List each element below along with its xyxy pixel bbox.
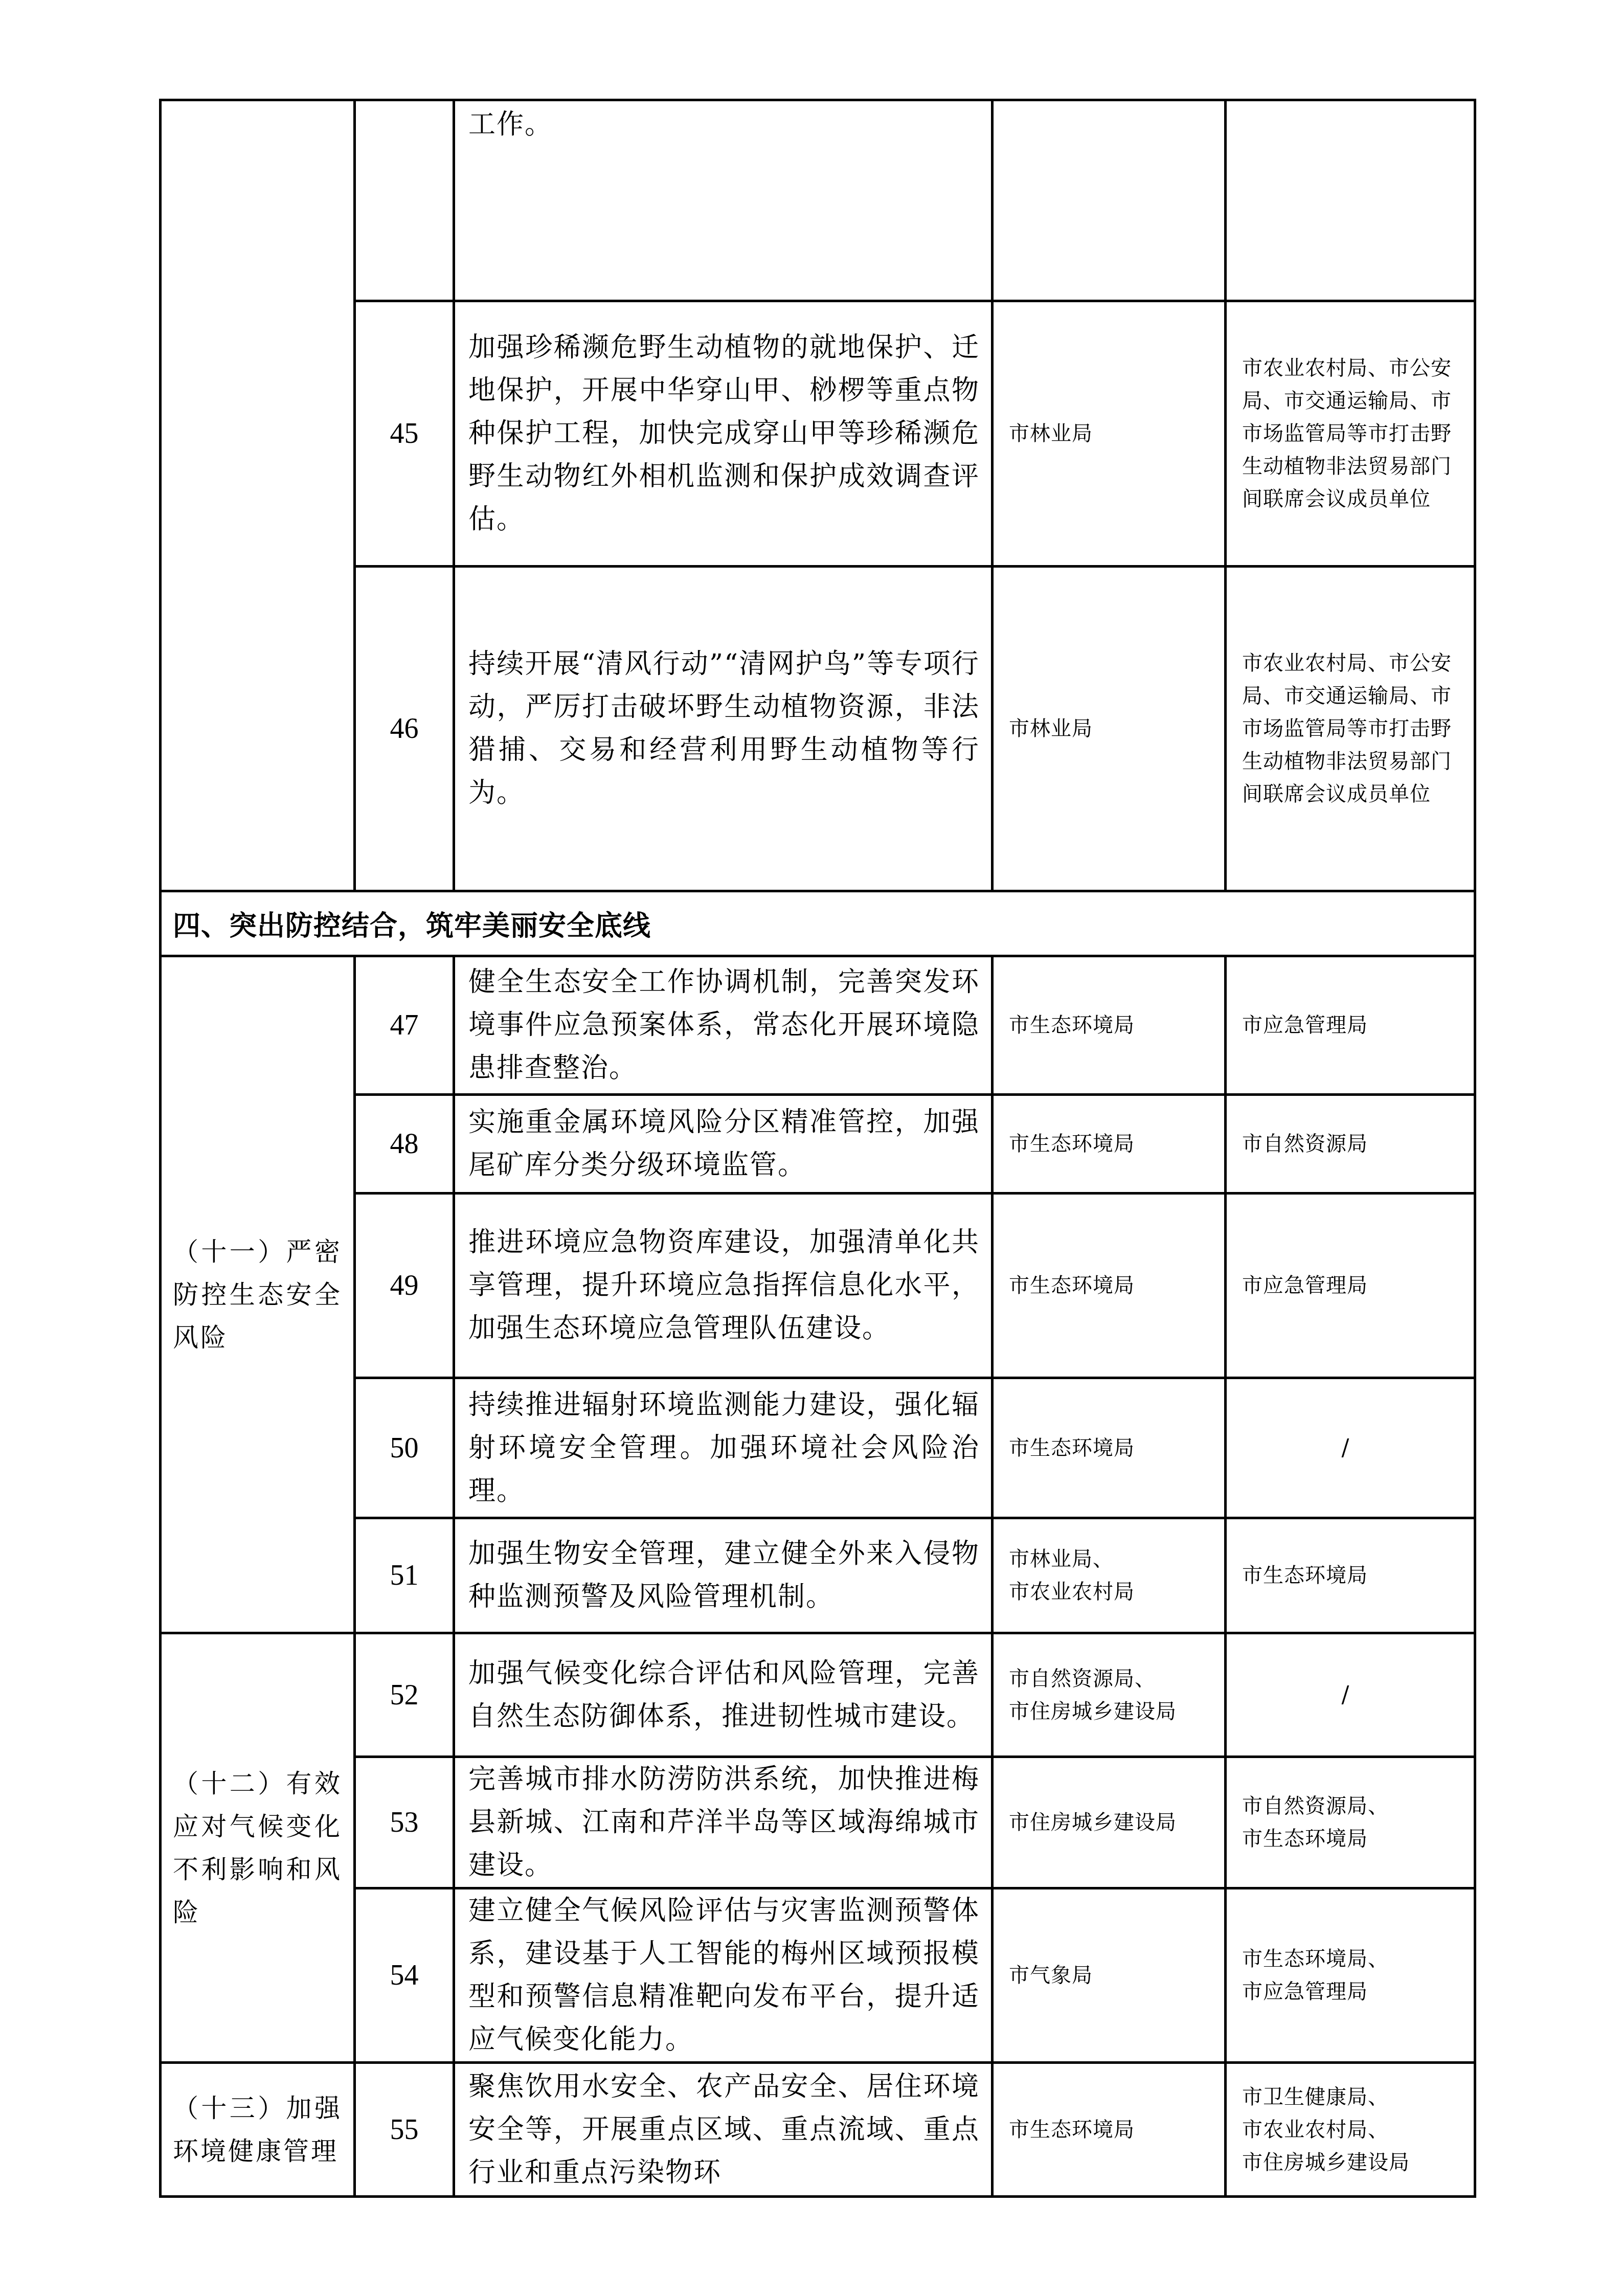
- lead-dept-cell: 市生态环境局: [993, 1378, 1226, 1518]
- table-row-47: （十一）严密防控生态安全风险 47 健全生态安全工作协调机制，完善突发环境事件应…: [161, 956, 1475, 1095]
- category-cell-continued: [161, 100, 355, 891]
- number-cell-empty: [355, 100, 454, 301]
- task-cell: 推进环境应急物资库建设，加强清单化共享管理，提升环境应急指挥信息化水平，加强生态…: [454, 1194, 993, 1378]
- lead-dept-cell: 市生态环境局: [993, 1095, 1226, 1194]
- table-row-55: （十三）加强环境健康管理 55 聚焦饮用水安全、农产品安全、居住环境安全等，开展…: [161, 2063, 1475, 2197]
- task-number: 52: [355, 1633, 454, 1757]
- cooperating-dept-cell: 市生态环境局: [1226, 1518, 1475, 1633]
- lead-dept-cell: 市住房城乡建设局: [993, 1757, 1226, 1888]
- task-number: 48: [355, 1095, 454, 1194]
- table-row-53: 53 完善城市排水防涝防洪系统，加快推进梅县新城、江南和芹洋半岛等区域海绵城市建…: [161, 1757, 1475, 1888]
- task-cell: 加强珍稀濒危野生动植物的就地保护、迁地保护，开展中华穿山甲、桫椤等重点物种保护工…: [454, 301, 993, 567]
- table-row-52: （十二）有效应对气候变化不利影响和风险 52 加强气候变化综合评估和风险管理，完…: [161, 1633, 1475, 1757]
- lead-dept-cell: 市气象局: [993, 1888, 1226, 2063]
- task-number: 55: [355, 2063, 454, 2197]
- task-number: 46: [355, 567, 454, 891]
- task-cell: 工作。: [454, 100, 993, 301]
- task-cell: 加强生物安全管理，建立健全外来入侵物种监测预警及风险管理机制。: [454, 1518, 993, 1633]
- task-number: 49: [355, 1194, 454, 1378]
- cooperating-dept-cell: 市生态环境局、 市应急管理局: [1226, 1888, 1475, 2063]
- task-cell: 完善城市排水防涝防洪系统，加快推进梅县新城、江南和芹洋半岛等区域海绵城市建设。: [454, 1757, 993, 1888]
- table-row-51: 51 加强生物安全管理，建立健全外来入侵物种监测预警及风险管理机制。 市林业局、…: [161, 1518, 1475, 1633]
- task-number: 47: [355, 956, 454, 1095]
- cooperating-dept-cell: 市应急管理局: [1226, 956, 1475, 1095]
- cooperating-dept-cell: /: [1226, 1633, 1475, 1757]
- cooperating-dept-cell: 市卫生健康局、 市农业农村局、 市住房城乡建设局: [1226, 2063, 1475, 2197]
- document-page: 工作。 45 加强珍稀濒危野生动植物的就地保护、迁地保护，开展中华穿山甲、桫椤等…: [0, 0, 1623, 2296]
- task-number: 54: [355, 1888, 454, 2063]
- lead-dept-cell: 市生态环境局: [993, 956, 1226, 1095]
- table-row-45: 45 加强珍稀濒危野生动植物的就地保护、迁地保护，开展中华穿山甲、桫椤等重点物种…: [161, 301, 1475, 567]
- cooperating-dept-cell: /: [1226, 1378, 1475, 1518]
- section-title: 四、突出防控结合，筑牢美丽安全底线: [161, 891, 1475, 956]
- lead-dept-cell: 市林业局、 市农业农村局: [993, 1518, 1226, 1633]
- table-row-54: 54 建立健全气候风险评估与灾害监测预警体系，建设基于人工智能的梅州区域预报模型…: [161, 1888, 1475, 2063]
- cooperating-dept-cell: 市农业农村局、市公安局、市交通运输局、市市场监管局等市打击野生动植物非法贸易部门…: [1226, 301, 1475, 567]
- lead-dept-cell: 市生态环境局: [993, 2063, 1226, 2197]
- task-table: 工作。 45 加强珍稀濒危野生动植物的就地保护、迁地保护，开展中华穿山甲、桫椤等…: [159, 99, 1476, 2198]
- task-cell: 加强气候变化综合评估和风险管理，完善自然生态防御体系，推进韧性城市建设。: [454, 1633, 993, 1757]
- table-row-46: 46 持续开展“清风行动”“清网护鸟”等专项行动，严厉打击破坏野生动植物资源，非…: [161, 567, 1475, 891]
- lead-dept-cell: [993, 100, 1226, 301]
- table-row-49: 49 推进环境应急物资库建设，加强清单化共享管理，提升环境应急指挥信息化水平，加…: [161, 1194, 1475, 1378]
- task-cell: 健全生态安全工作协调机制，完善突发环境事件应急预案体系，常态化开展环境隐患排查整…: [454, 956, 993, 1095]
- table-row-48: 48 实施重金属环境风险分区精准管控，加强尾矿库分类分级环境监管。 市生态环境局…: [161, 1095, 1475, 1194]
- task-number: 45: [355, 301, 454, 567]
- cooperating-dept-cell: 市应急管理局: [1226, 1194, 1475, 1378]
- category-cell: （十三）加强环境健康管理: [161, 2063, 355, 2197]
- task-number: 51: [355, 1518, 454, 1633]
- section-header-row: 四、突出防控结合，筑牢美丽安全底线: [161, 891, 1475, 956]
- cooperating-dept-cell: 市自然资源局、 市生态环境局: [1226, 1757, 1475, 1888]
- category-cell: （十一）严密防控生态安全风险: [161, 956, 355, 1633]
- task-cell: 建立健全气候风险评估与灾害监测预警体系，建设基于人工智能的梅州区域预报模型和预警…: [454, 1888, 993, 2063]
- task-cell: 聚焦饮用水安全、农产品安全、居住环境安全等，开展重点区域、重点流域、重点行业和重…: [454, 2063, 993, 2197]
- table-row-continuation: 工作。: [161, 100, 1475, 301]
- cooperating-dept-cell: 市农业农村局、市公安局、市交通运输局、市市场监管局等市打击野生动植物非法贸易部门…: [1226, 567, 1475, 891]
- cooperating-dept-cell: [1226, 100, 1475, 301]
- table-row-50: 50 持续推进辐射环境监测能力建设，强化辐射环境安全管理。加强环境社会风险治理。…: [161, 1378, 1475, 1518]
- lead-dept-cell: 市自然资源局、 市住房城乡建设局: [993, 1633, 1226, 1757]
- lead-dept-cell: 市林业局: [993, 567, 1226, 891]
- task-cell: 持续开展“清风行动”“清网护鸟”等专项行动，严厉打击破坏野生动植物资源，非法猎捕…: [454, 567, 993, 891]
- task-cell: 实施重金属环境风险分区精准管控，加强尾矿库分类分级环境监管。: [454, 1095, 993, 1194]
- task-cell: 持续推进辐射环境监测能力建设，强化辐射环境安全管理。加强环境社会风险治理。: [454, 1378, 993, 1518]
- task-number: 50: [355, 1378, 454, 1518]
- task-number: 53: [355, 1757, 454, 1888]
- lead-dept-cell: 市林业局: [993, 301, 1226, 567]
- category-cell: （十二）有效应对气候变化不利影响和风险: [161, 1633, 355, 2063]
- cooperating-dept-cell: 市自然资源局: [1226, 1095, 1475, 1194]
- lead-dept-cell: 市生态环境局: [993, 1194, 1226, 1378]
